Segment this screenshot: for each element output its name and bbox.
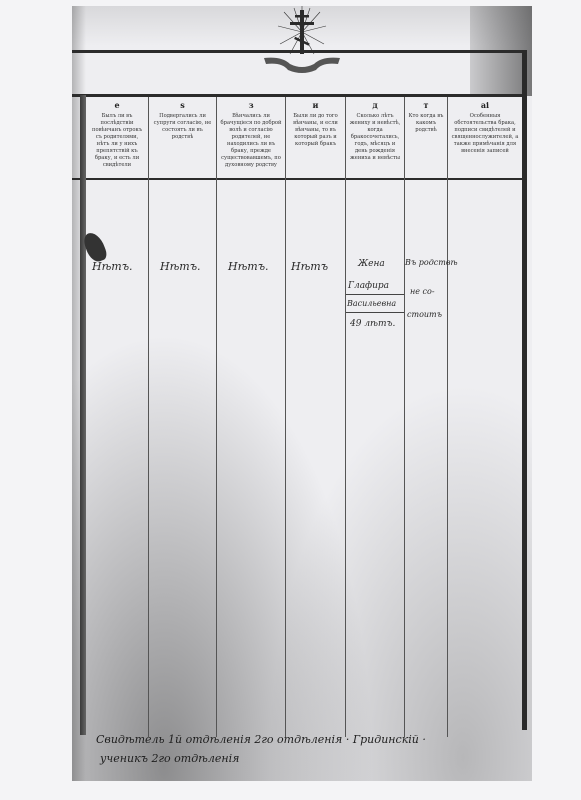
column-header-11: аі Особенныя обстоятельства брака, подпи… [448,100,522,178]
handwritten-entry-col10-line2: не со- [410,287,435,296]
handwritten-entry-col6: Нѣтъ. [160,260,201,273]
column-header-5: е Былъ ли въ послѣдствіи повѣнчанъ отрок… [86,100,148,178]
column-divider [404,97,405,737]
header-top-rule [72,94,527,97]
column-header-9: д Сколько лѣтъ жениху и невѣстѣ, когда б… [346,100,404,178]
entry-underline [346,294,404,295]
footer-note-line1: Свидѣтель 1й отдѣленія 2го отдѣленія · Г… [96,733,426,746]
handwritten-entry-col9-line2: Глафира [348,281,389,291]
header-bottom-rule [72,178,524,180]
entry-underline [346,312,404,313]
column-header-10: т Кто когда въ какомъ родствѣ [405,100,447,178]
left-margin-shadow [80,95,86,735]
handwritten-entry-col8: Нѣтъ [291,260,328,273]
column-header-6: ѕ Подвергались ли супруги согласію, не с… [149,100,216,178]
column-divider [148,97,149,737]
handwritten-entry-col10-line1: Въ родствѣ [405,258,458,267]
handwritten-entry-col7: Нѣтъ. [228,260,269,273]
column-header-8: и Были ли до того вѣнчаны, и если вѣнчан… [286,100,345,178]
ribbon-banner [264,58,340,73]
column-divider [345,97,346,737]
handwritten-entry-col5: Нѣтъ. [92,260,133,273]
column-header-7: з Вѣнчались ли брачущіеся по доброй волѣ… [217,100,285,178]
handwritten-entry-col10-line3: стоитъ [407,310,442,319]
handwritten-entry-col9-line3: Васильевна [347,299,396,308]
right-border-rule [522,50,527,730]
handwritten-entry-col9-line1: Жена [358,259,385,269]
footer-note-line2: ученикъ 2го отдѣленія [100,752,239,765]
column-divider [447,97,448,737]
top-rule [72,50,527,53]
column-divider [285,97,286,737]
handwritten-entry-col9-line4: 49 лѣтъ. [350,319,395,329]
orthodox-cross-emblem-icon [262,4,342,76]
column-divider [216,97,217,737]
